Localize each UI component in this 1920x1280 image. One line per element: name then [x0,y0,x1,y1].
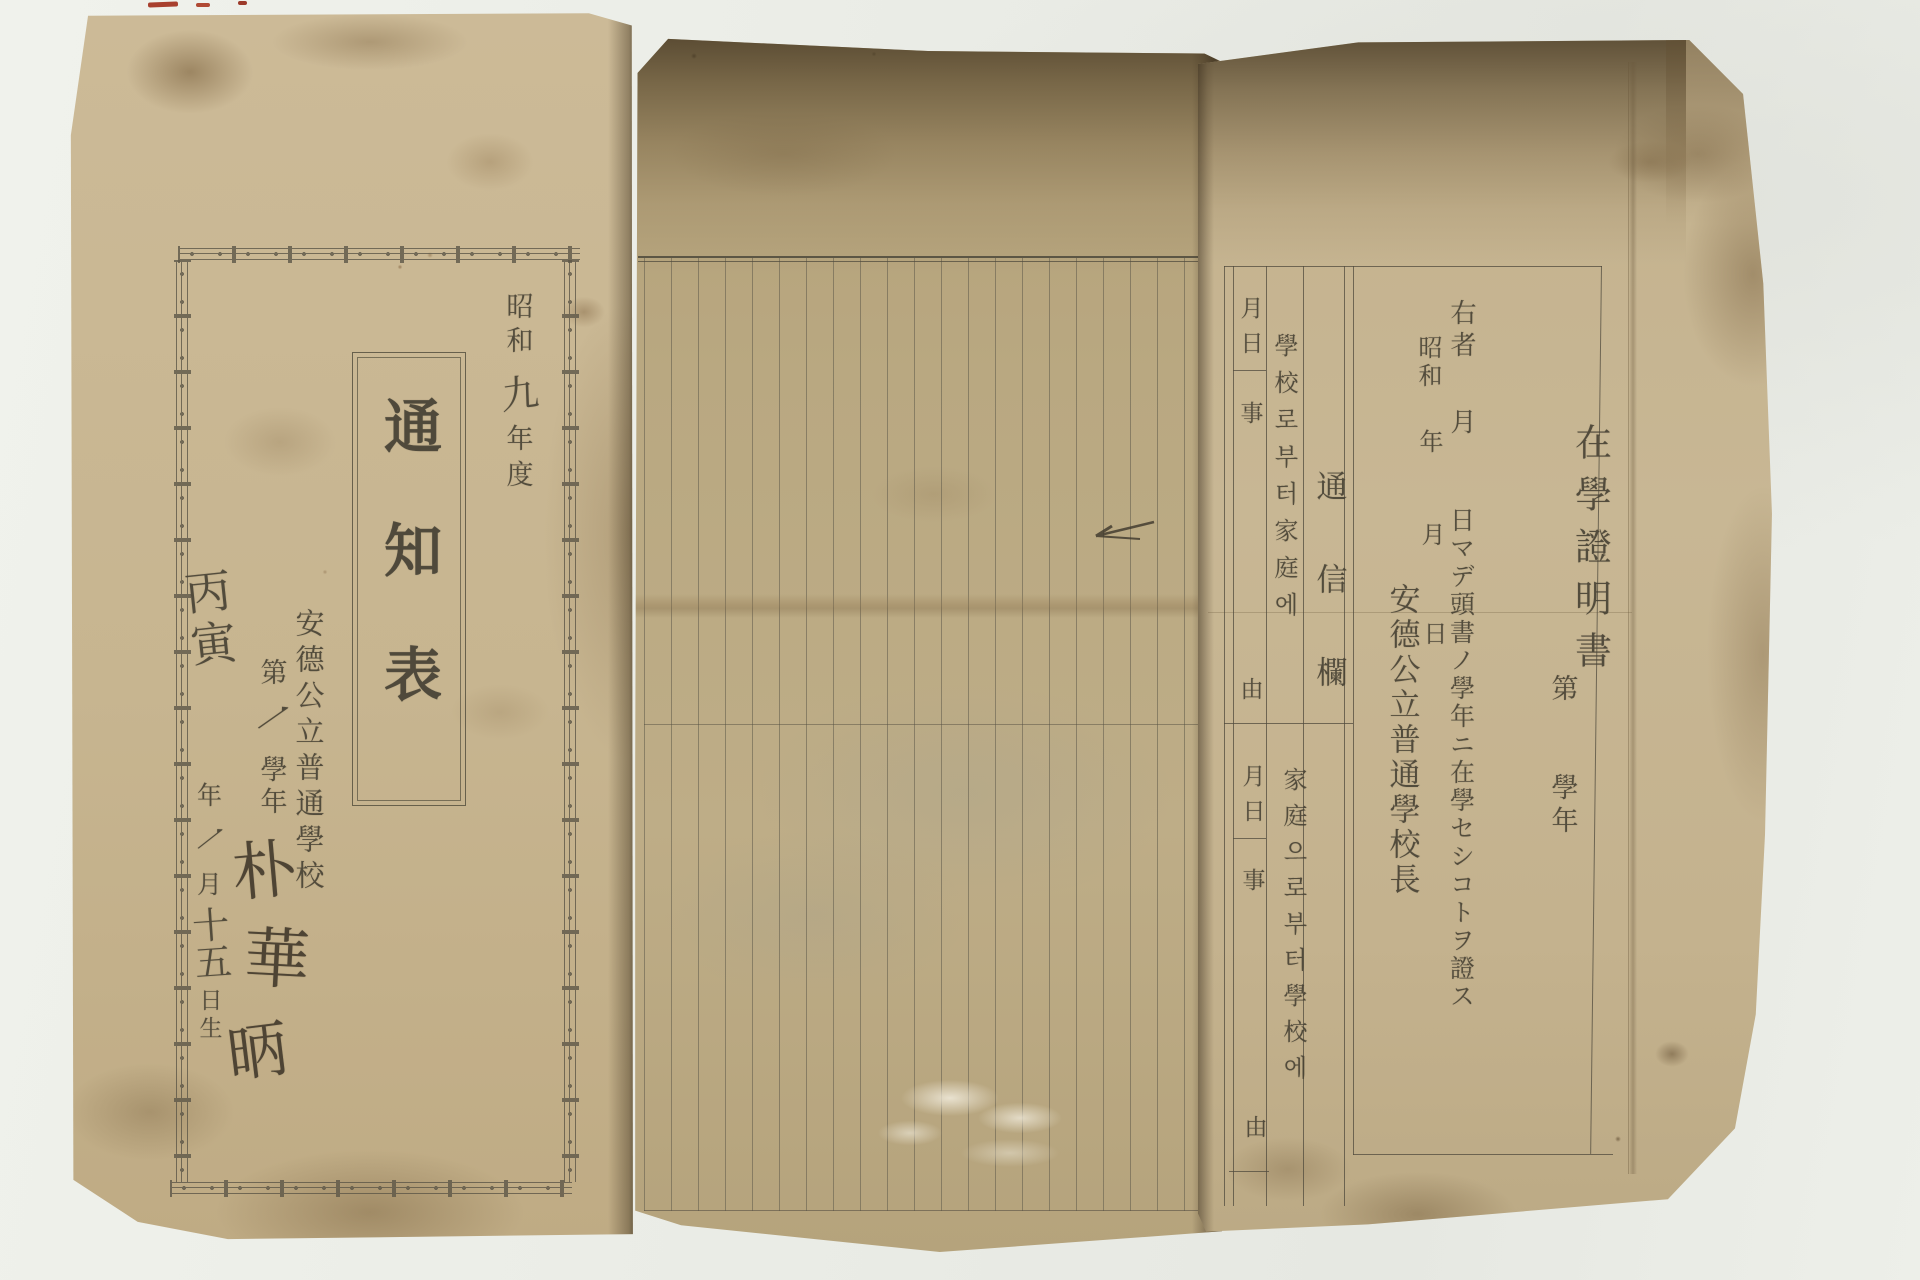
cover-title: 通知表 [379,396,437,768]
ruled-inner-page [634,34,1222,1252]
grade-suffix: 學年 [258,755,285,819]
cert-until-month: 月 [1448,408,1474,434]
frame-border-top [178,246,580,263]
cover-page: 昭和 九 年度 通知表 安德公立普通學校 第 一 學年 丙寅 年 一 月 十五 … [70,12,634,1244]
comm-lower-reason-top: 事 [1240,868,1263,891]
fold-crease-horizontal [634,594,1222,618]
section-divider [644,724,1218,725]
comm-lower-reason-bottom: 由 [1242,1115,1265,1138]
stain-band-top [1198,34,1686,264]
comm-lower-direction: 家庭으로부터學校에 [1281,767,1305,1091]
era-year-handwritten: 九 [498,371,537,414]
ink-mark [1092,512,1164,554]
student-name-char: 朴 [228,817,300,914]
stain-band-top [634,34,1222,274]
table-line [1224,266,1225,1206]
grade-number-handwritten: 一 [243,693,299,749]
cert-grade-prefix: 第 [1549,674,1576,701]
cert-grade-suffix: 學年 [1549,773,1576,839]
grade-prefix: 第 [258,658,285,685]
comm-upper-date-header: 月日 [1238,296,1261,366]
stain-band-top-right [1666,34,1776,224]
red-mark [238,1,247,5]
cert-opening: 右者 [1448,299,1474,363]
table-line [1224,266,1602,267]
birth-year-char: 年 [196,782,221,807]
folded-corner [1666,1112,1770,1234]
comm-upper-reason-bottom: 由 [1238,677,1261,700]
table-line [1233,370,1266,371]
cert-date-era: 昭和 [1416,335,1440,391]
table-line [1353,1154,1613,1155]
ruled-top-rule [638,256,1220,258]
era-suffix: 年度 [504,424,531,496]
white-smudge [860,1058,1100,1173]
red-mark [148,1,178,7]
table-line [1353,266,1354,1155]
red-mark [196,3,210,7]
comm-upper-reason-top: 事 [1238,401,1261,424]
table-line [1266,266,1267,1206]
comm-section-label: 通信欄 [1313,470,1344,749]
table-line [1229,1171,1269,1172]
birth-day-handwritten: 十五 [187,905,229,981]
certificate-page: 月日 事 由 學校로부터家庭에 通信欄 月日 事 由 家庭으로부터學校에 在學證… [1198,34,1776,1234]
cover-school-name: 安德公立普通學校 [294,608,323,896]
cert-date-year: 年 [1417,429,1441,453]
era-prefix: 昭和 [504,292,531,360]
fold-shadow [608,12,634,1244]
comm-lower-date-header: 月日 [1240,764,1263,834]
era-column: 昭和 九 年度 [495,292,539,496]
birthdate-column: 丙寅 年 一 月 十五 日生 [183,568,233,1044]
birth-month-char: 月 [196,871,221,896]
birth-month-handwritten: 一 [184,818,232,866]
student-name-char: 華 [242,904,313,1002]
cert-signer: 安德公立普通學校長 [1386,583,1417,898]
grade-column: 第 一 學年 [251,658,291,819]
cert-date-day: 日 [1421,621,1445,645]
gutter-shadow [1198,54,1214,1234]
frame-border-bottom [170,1180,572,1197]
comm-upper-direction: 學校로부터家庭에 [1272,333,1296,629]
cert-body: 日マデ頭書ノ學年ニ在學セシコトヲ證ス [1449,507,1474,1011]
table-line [1590,266,1602,1154]
ruled-top-rule-inner [638,261,1220,262]
photo-stage: 昭和 九 年度 通知表 安德公立普通學校 第 一 學年 丙寅 年 一 月 十五 … [0,0,1920,1280]
birth-day-chars: 日生 [197,988,220,1044]
student-name-char: 昞 [221,999,293,1095]
flap-crease [1628,62,1637,1174]
cert-date-month: 月 [1419,522,1443,546]
birth-year-handwritten: 丙寅 [180,566,237,674]
table-line [1233,266,1234,1206]
frame-border-right [562,260,579,1182]
table-line [1233,838,1266,839]
cert-title: 在學證明書 [1572,423,1609,683]
